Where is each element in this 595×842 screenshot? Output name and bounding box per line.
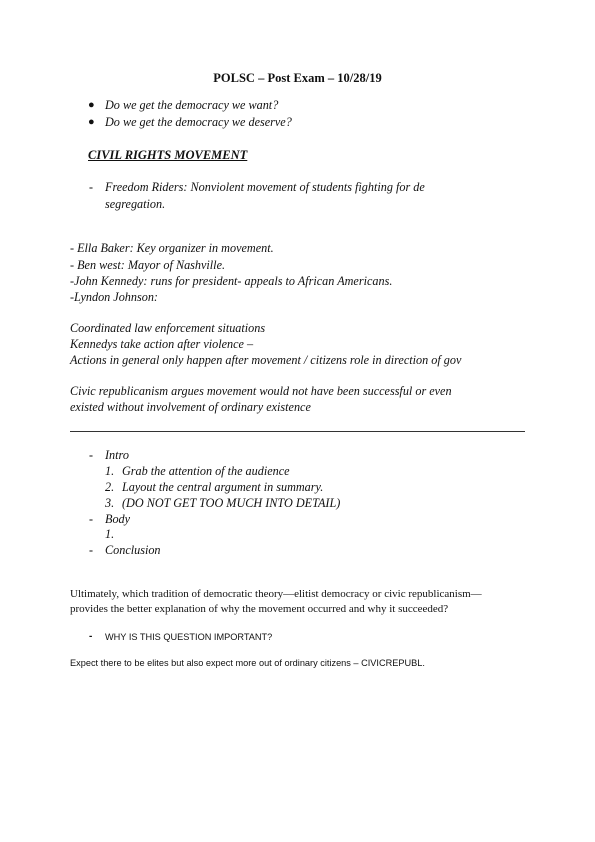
person-note: - Ella Baker: Key organizer in movement. [70,241,274,256]
dash-bullet: - [89,543,93,558]
person-note: -John Kennedy: runs for president- appea… [70,274,392,289]
prompt-line: provides the better explanation of why t… [70,603,448,615]
freedom-riders-line: Freedom Riders: Nonviolent movement of s… [105,180,425,195]
person-note: - Ben west: Mayor of Nashville. [70,258,225,273]
document-title: POLSC – Post Exam – 10/28/19 [0,71,595,86]
note-line: Coordinated law enforcement situations [70,321,265,336]
importance-question: WHY IS THIS QUESTION IMPORTANT? [105,632,272,642]
dash-bullet: - [89,631,92,642]
bullet-icon: ● [88,116,95,128]
outline-number: 1. [105,527,114,542]
bullet-icon: ● [88,99,95,111]
prompt-line: Ultimately, which tradition of democrati… [70,588,482,600]
dash-bullet: - [89,448,93,463]
question-item: Do we get the democracy we deserve? [105,115,292,130]
civic-note-line: existed without involvement of ordinary … [70,400,311,415]
dash-bullet: - [89,512,93,527]
person-note: -Lyndon Johnson: [70,290,158,305]
outline-number: 3. [105,496,114,511]
outline-item: Layout the central argument in summary. [122,480,323,495]
outline-body: Body [105,512,130,527]
outline-item: Grab the attention of the audience [122,464,290,479]
outline-number: 2. [105,480,114,495]
note-line: Kennedys take action after violence – [70,337,253,352]
outline-intro: Intro [105,448,129,463]
conclusion-note: Expect there to be elites but also expec… [70,658,425,668]
civic-note-line: Civic republicanism argues movement woul… [70,384,452,399]
horizontal-rule [70,431,525,432]
question-item: Do we get the democracy we want? [105,98,278,113]
section-heading: CIVIL RIGHTS MOVEMENT [88,148,247,163]
document-page: POLSC – Post Exam – 10/28/19 ● Do we get… [0,0,595,842]
dash-bullet: - [89,180,93,195]
outline-conclusion: Conclusion [105,543,161,558]
outline-item: (DO NOT GET TOO MUCH INTO DETAIL) [122,496,340,511]
freedom-riders-line: segregation. [105,197,165,212]
outline-number: 1. [105,464,114,479]
note-line: Actions in general only happen after mov… [70,353,461,368]
